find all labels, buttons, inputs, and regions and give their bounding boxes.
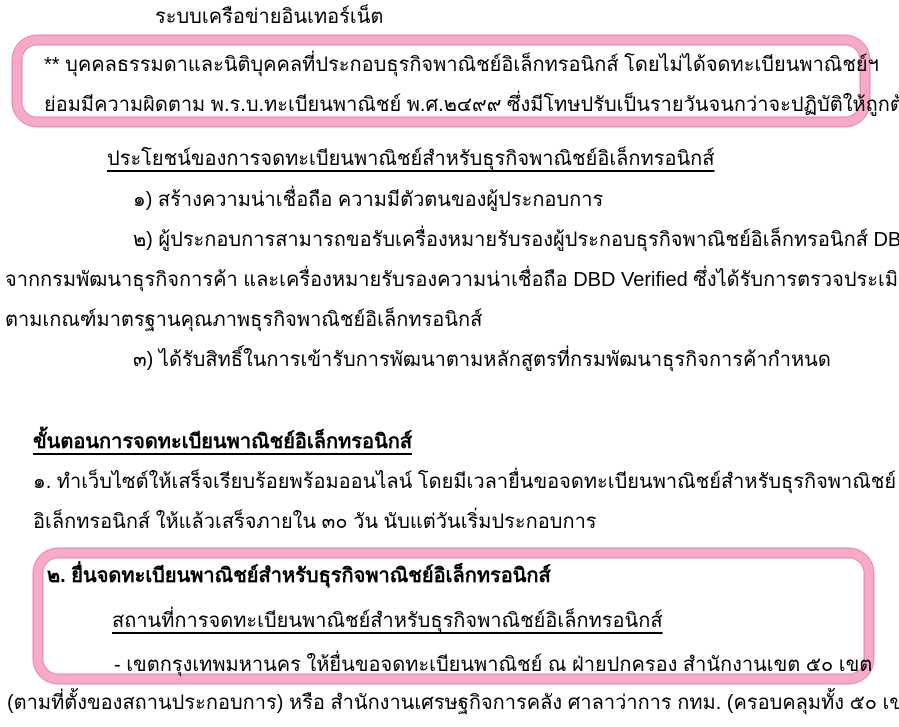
benefits-heading: ประโยชน์ของการจดทะเบียนพาณิชย์สำหรับธุรก…: [107, 144, 714, 174]
step-2-line-1: - เขตกรุงเทพมหานคร ให้ยื่นขอจดทะเบียนพาณ…: [114, 650, 872, 680]
benefits-item-3: ๓) ได้รับสิทธิ์ในการเข้ารับการพัฒนาตามหล…: [133, 345, 831, 375]
document-page: ระบบเครือข่ายอินเทอร์เน็ต ** บุคคลธรรมดา…: [0, 0, 899, 727]
benefits-item-1: ๑) สร้างความน่าเชื่อถือ ความมีตัวตนของผู…: [133, 185, 603, 215]
step-2-heading: ๒. ยื่นจดทะเบียนพาณิชย์สำหรับธุรกิจพาณิช…: [47, 561, 551, 591]
steps-heading: ขั้นตอนการจดทะเบียนพาณิชย์อิเล็กทรอนิกส์: [33, 427, 412, 457]
warning-line-2: ย่อมมีความผิดตาม พ.ร.บ.ทะเบียนพาณิชย์ พ.…: [44, 90, 899, 120]
highlight-box-step2: ๒. ยื่นจดทะเบียนพาณิชย์สำหรับธุรกิจพาณิช…: [34, 549, 873, 683]
step-2-subheading: สถานที่การจดทะเบียนพาณิชย์สำหรับธุรกิจพา…: [112, 606, 663, 636]
closing-line: (ตามที่ตั้งของสถานประกอบการ) หรือ สำนักง…: [7, 688, 899, 718]
benefits-item-2-line-3: ตามเกณฑ์มาตรฐานคุณภาพธุรกิจพาณิชย์อิเล็ก…: [5, 305, 482, 335]
benefits-item-2-line-1: ๒) ผู้ประกอบการสามารถขอรับเครื่องหมายรับ…: [133, 225, 899, 255]
step-1-line-2: อิเล็กทรอนิกส์ ให้แล้วเสร็จภายใน ๓๐ วัน …: [33, 507, 597, 537]
highlight-box-warning: ** บุคคลธรรมดาและนิติบุคคลที่ประกอบธุรกิ…: [13, 36, 869, 126]
warning-line-1: ** บุคคลธรรมดาและนิติบุคคลที่ประกอบธุรกิ…: [44, 50, 879, 80]
benefits-item-2-line-2: จากกรมพัฒนาธุรกิจการค้า และเครื่องหมายรั…: [5, 265, 899, 295]
intro-line: ระบบเครือข่ายอินเทอร์เน็ต: [155, 2, 383, 32]
step-1-line-1: ๑. ทำเว็บไซต์ให้เสร็จเรียบร้อยพร้อมออนไล…: [33, 467, 896, 497]
